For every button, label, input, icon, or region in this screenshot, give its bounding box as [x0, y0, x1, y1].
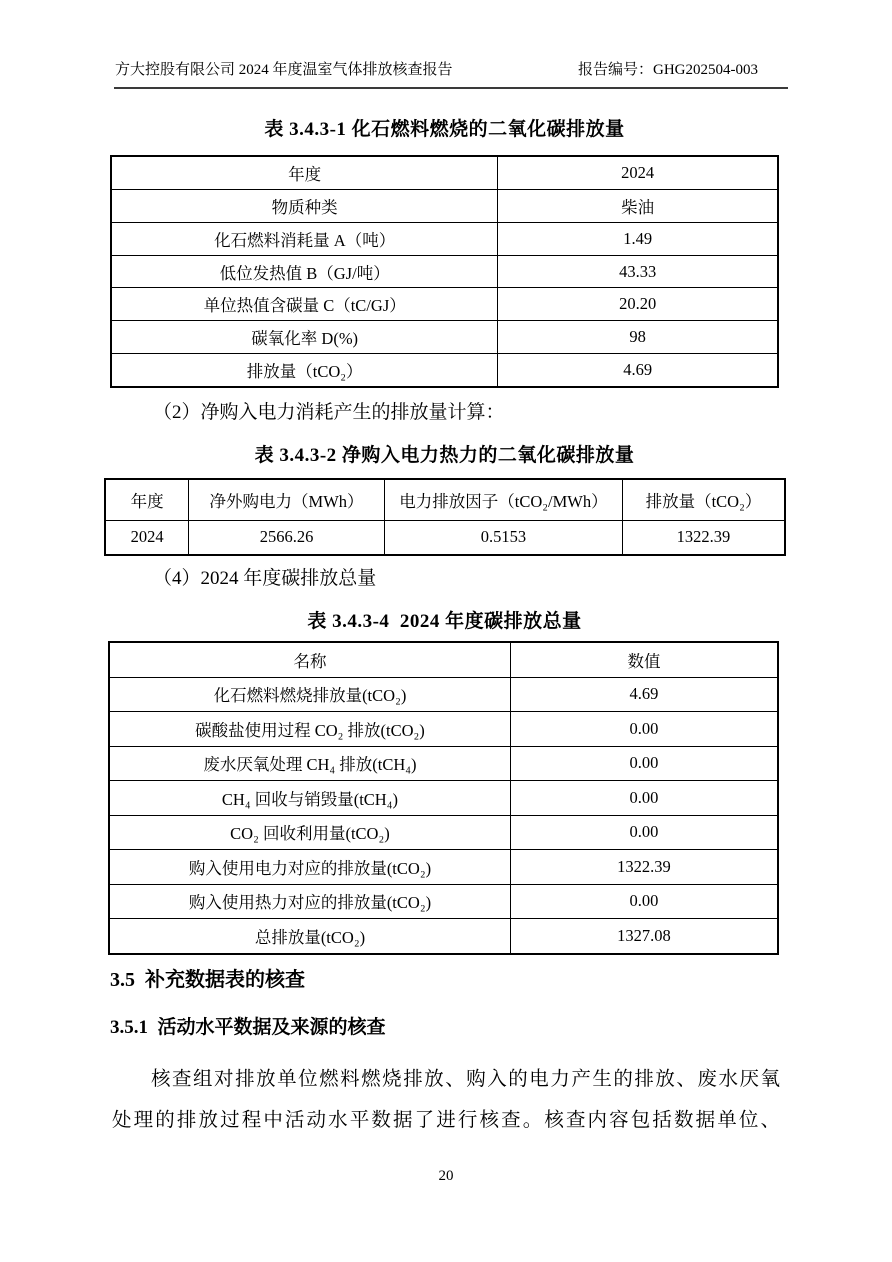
table1-value: 2024	[498, 156, 778, 189]
table1-title: 表 3.4.3-1 化石燃料燃烧的二氧化碳排放量	[110, 114, 779, 141]
table3-value: 0.00	[510, 884, 778, 919]
table2-cell: 0.5153	[384, 520, 622, 555]
table3-label: CO₂ 回收利用量(tCO₂)	[109, 815, 510, 850]
table1-label: 排放量（tCO₂）	[111, 354, 498, 387]
table3-header: 数值	[510, 642, 778, 677]
paragraph-item-2: （2）净购入电力消耗产生的排放量计算：	[115, 397, 785, 424]
table3-header: 名称	[109, 642, 510, 677]
table-row: 购入使用热力对应的排放量(tCO₂) 0.00	[109, 884, 778, 919]
table3-value: 4.69	[510, 677, 778, 712]
table3-label: 购入使用电力对应的排放量(tCO₂)	[109, 850, 510, 885]
table-row: 化石燃料燃烧排放量(tCO₂) 4.69	[109, 677, 778, 712]
table-row: 单位热值含碳量 C（tC/GJ） 20.20	[111, 288, 778, 321]
table1-value: 1.49	[498, 222, 778, 255]
page-number: 20	[0, 1168, 892, 1185]
table2-header: 年度	[105, 479, 189, 520]
table2-header: 净外购电力（MWh）	[189, 479, 385, 520]
table1-value: 98	[498, 321, 778, 354]
table2-header: 排放量（tCO₂）	[622, 479, 785, 520]
table-row: 化石燃料消耗量 A（吨） 1.49	[111, 222, 778, 255]
table2-title: 表 3.4.3-2 净购入电力热力的二氧化碳排放量	[110, 440, 779, 467]
table2-cell: 2566.26	[189, 520, 385, 555]
page-header: 方大控股有限公司 2024 年度温室气体排放核查报告 报告编号：GHG20250…	[115, 58, 758, 79]
table3-value: 0.00	[510, 815, 778, 850]
table1-value: 4.69	[498, 354, 778, 387]
table1-value: 柴油	[498, 189, 778, 222]
table3-total-emissions: 名称 数值 化石燃料燃烧排放量(tCO₂) 4.69 碳酸盐使用过程 CO₂ 排…	[108, 641, 779, 955]
table1-label: 低位发热值 B（GJ/吨）	[111, 255, 498, 288]
table1-fossil-fuel-emissions: 年度 2024 物质种类 柴油 化石燃料消耗量 A（吨） 1.49 低位发热值 …	[110, 155, 779, 388]
table1-value: 20.20	[498, 288, 778, 321]
body-paragraph-line: 处理的排放过程中活动水平数据了进行核查。核查内容包括数据单位、	[112, 1104, 780, 1132]
section-heading-3-5: 3.5 补充数据表的核查	[110, 963, 305, 992]
table-row: CH₄ 回收与销毁量(tCH₄) 0.00	[109, 781, 778, 816]
table3-label: 碳酸盐使用过程 CO₂ 排放(tCO₂)	[109, 712, 510, 747]
paragraph-item-4: （4）2024 年度碳排放总量	[115, 563, 785, 590]
table-header-row: 名称 数值	[109, 642, 778, 677]
table3-label: CH₄ 回收与销毁量(tCH₄)	[109, 781, 510, 816]
header-rule	[114, 87, 788, 89]
section-heading-3-5-1: 3.5.1 活动水平数据及来源的核查	[110, 1012, 386, 1039]
table-header-row: 年度 净外购电力（MWh） 电力排放因子（tCO₂/MWh） 排放量（tCO₂）	[105, 479, 785, 520]
table3-label: 废水厌氧处理 CH₄ 排放(tCH₄)	[109, 746, 510, 781]
header-title: 方大控股有限公司 2024 年度温室气体排放核查报告	[115, 58, 453, 79]
table3-title: 表 3.4.3-4 2024 年度碳排放总量	[110, 606, 779, 633]
table2-cell: 1322.39	[622, 520, 785, 555]
table3-value: 1327.08	[510, 919, 778, 954]
table3-label: 化石燃料燃烧排放量(tCO₂)	[109, 677, 510, 712]
table3-value: 1322.39	[510, 850, 778, 885]
table3-value: 0.00	[510, 781, 778, 816]
table-row: 物质种类 柴油	[111, 189, 778, 222]
table-row: 年度 2024	[111, 156, 778, 189]
table1-label: 单位热值含碳量 C（tC/GJ）	[111, 288, 498, 321]
body-paragraph-line: 核查组对排放单位燃料燃烧排放、购入的电力产生的排放、废水厌氧	[112, 1063, 780, 1091]
table-row: 低位发热值 B（GJ/吨） 43.33	[111, 255, 778, 288]
table1-label: 碳氧化率 D(%)	[111, 321, 498, 354]
table3-value: 0.00	[510, 746, 778, 781]
table-row: CO₂ 回收利用量(tCO₂) 0.00	[109, 815, 778, 850]
table-row: 废水厌氧处理 CH₄ 排放(tCH₄) 0.00	[109, 746, 778, 781]
table-row: 碳氧化率 D(%) 98	[111, 321, 778, 354]
table-row: 碳酸盐使用过程 CO₂ 排放(tCO₂) 0.00	[109, 712, 778, 747]
table-row: 排放量（tCO₂） 4.69	[111, 354, 778, 387]
table1-label: 化石燃料消耗量 A（吨）	[111, 222, 498, 255]
table-row: 购入使用电力对应的排放量(tCO₂) 1322.39	[109, 850, 778, 885]
table1-label: 物质种类	[111, 189, 498, 222]
table-row: 2024 2566.26 0.5153 1322.39	[105, 520, 785, 555]
header-report-number: 报告编号：GHG202504-003	[578, 58, 758, 79]
table-row: 总排放量(tCO₂) 1327.08	[109, 919, 778, 954]
table3-label: 购入使用热力对应的排放量(tCO₂)	[109, 884, 510, 919]
table1-label: 年度	[111, 156, 498, 189]
table2-header: 电力排放因子（tCO₂/MWh）	[384, 479, 622, 520]
table3-value: 0.00	[510, 712, 778, 747]
table2-purchased-electricity-emissions: 年度 净外购电力（MWh） 电力排放因子（tCO₂/MWh） 排放量（tCO₂）…	[104, 478, 786, 556]
table3-label: 总排放量(tCO₂)	[109, 919, 510, 954]
table2-cell: 2024	[105, 520, 189, 555]
table1-value: 43.33	[498, 255, 778, 288]
